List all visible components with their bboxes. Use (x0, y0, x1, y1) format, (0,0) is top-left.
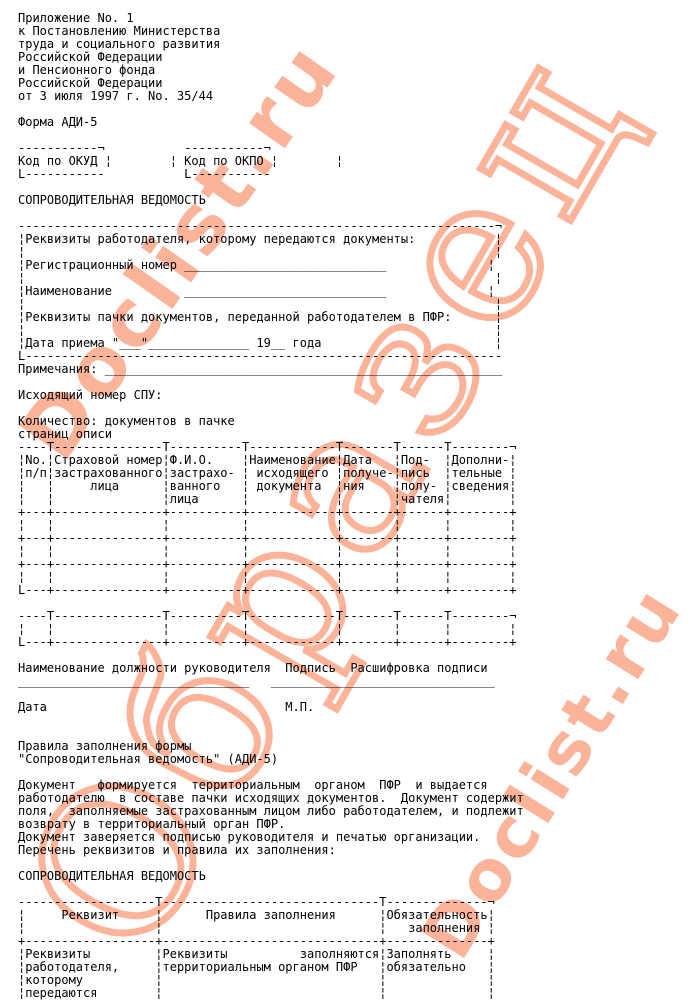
page: Образец Doclist.ru Doclist.ru Приложение… (0, 0, 700, 1000)
document-text: Приложение No. 1 к Постановлению Министе… (0, 0, 700, 1000)
